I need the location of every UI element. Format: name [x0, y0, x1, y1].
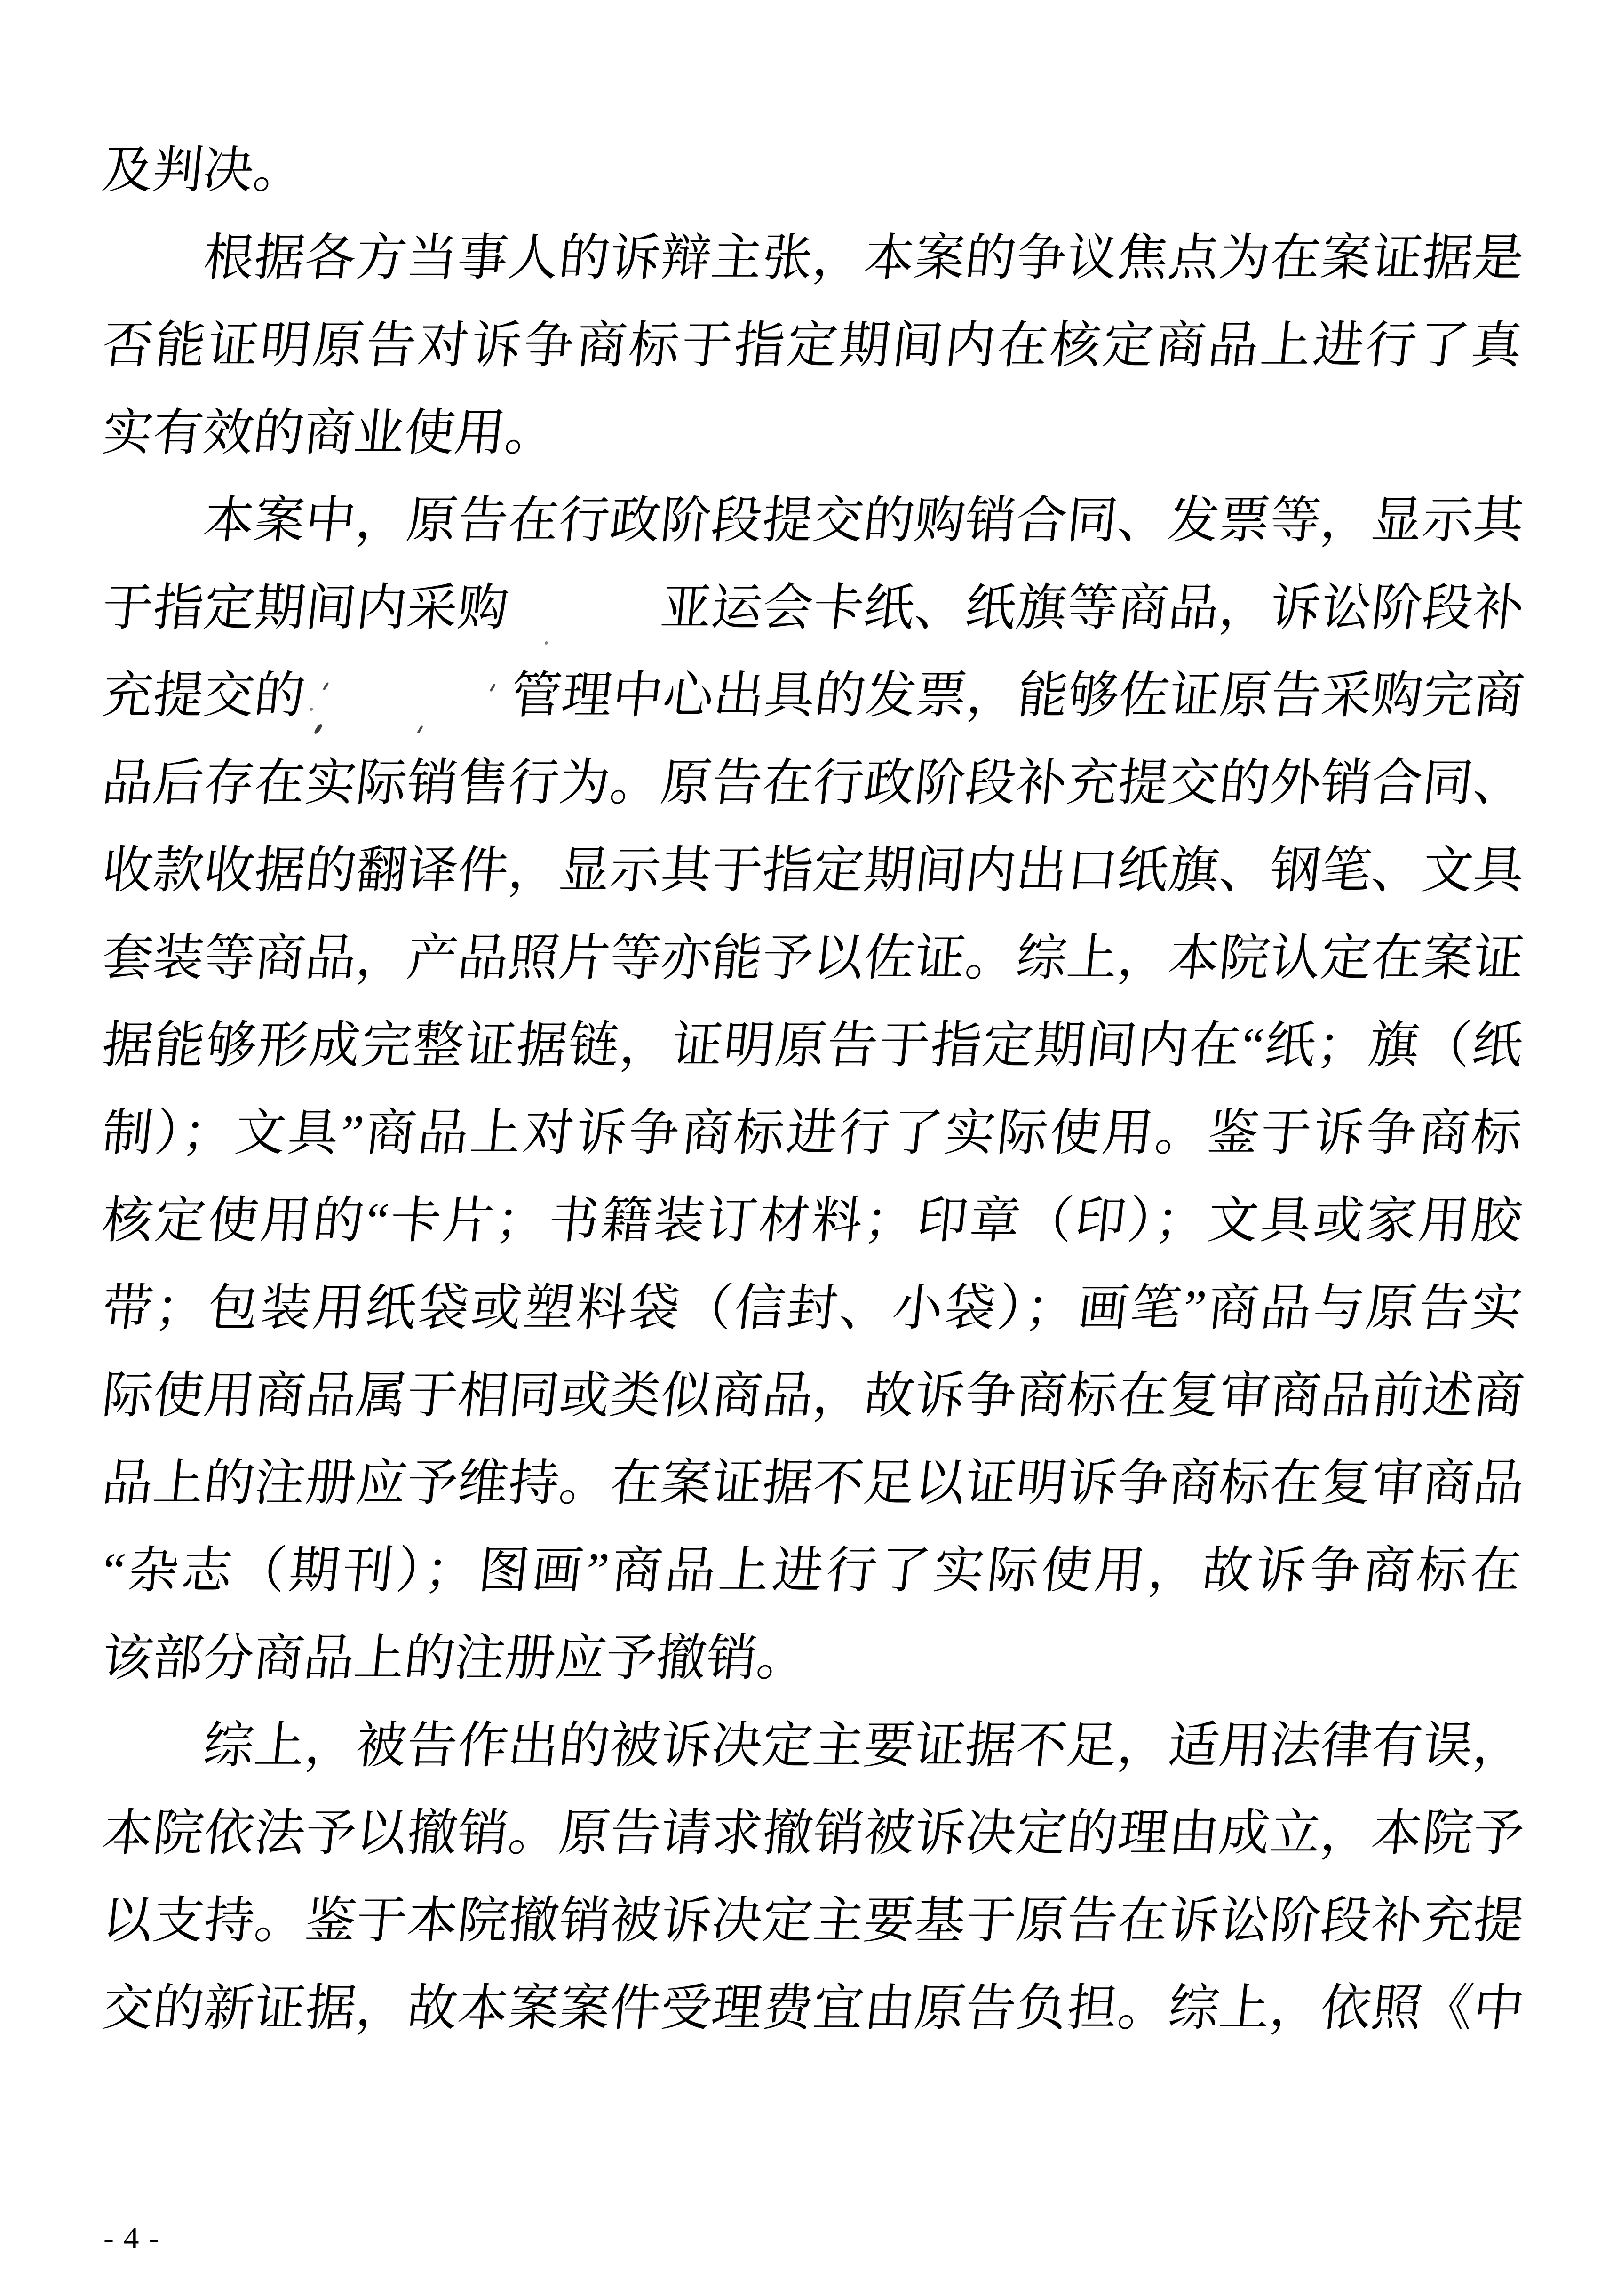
text-line: 收款收据的翻译件，显示其于指定期间内出口纸旗、钢笔、文具 [98, 827, 1529, 915]
redaction-artifact [323, 682, 329, 690]
text-segment: 于指定期间内采购 [100, 581, 512, 636]
redacted-gap [302, 672, 514, 723]
redacted-gap [506, 585, 663, 635]
text-segment: 亚运会卡纸、纸旗等商品，诉讼阶段补 [658, 581, 1527, 636]
redaction-artifact [490, 683, 496, 691]
text-line: 套装等商品，产品照片等亦能予以佐证。综上，本院认定在案证 [98, 915, 1529, 1002]
redaction-artifact [314, 723, 323, 735]
text-line: 品上的注册应予维持。在案证据不足以证明诉争商标在复审商品 [98, 1440, 1529, 1527]
text-line: 带；包装用纸袋或塑料袋（信封、小袋）；画笔”商品与原告实 [98, 1265, 1529, 1352]
text-line: 际使用商品属于相同或类似商品，故诉争商标在复审商品前述商 [98, 1352, 1529, 1440]
text-line: 品后存在实际销售行为。原告在行政阶段补充提交的外销合同、 [98, 740, 1529, 827]
text-line: 充提交的管理中心出具的发票，能够佐证原告采购完商 [98, 652, 1529, 740]
redaction-artifact [545, 641, 548, 645]
text-segment: 充提交的 [100, 668, 308, 724]
document-body: 及判决。根据各方当事人的诉辩主张，本案的争议焦点为在案证据是否能证明原告对诉争商… [103, 127, 1524, 2052]
text-line: 该部分商品上的注册应予撤销。 [98, 1615, 1529, 1702]
text-line: 据能够形成完整证据链，证明原告于指定期间内在“纸；旗（纸 [98, 1002, 1529, 1090]
redaction-artifact [417, 725, 423, 733]
page: 及判决。根据各方当事人的诉辩主张，本案的争议焦点为在案证据是否能证明原告对诉争商… [0, 0, 1621, 2296]
text-line: 以支持。鉴于本院撤销被诉决定主要基于原告在诉讼阶段补充提 [98, 1877, 1529, 1965]
text-line: 本院依法予以撤销。原告请求撤销被诉决定的理由成立，本院予 [98, 1790, 1529, 1877]
text-segment: 管理中心出具的发票，能够佐证原告采购完商 [508, 668, 1527, 724]
redaction-artifact [310, 708, 313, 711]
text-line: 制）；文具”商品上对诉争商标进行了实际使用。鉴于诉争商标 [98, 1090, 1529, 1177]
text-line: 本案中，原告在行政阶段提交的购销合同、发票等，显示其 [98, 477, 1529, 565]
text-line: 于指定期间内采购亚运会卡纸、纸旗等商品，诉讼阶段补 [98, 565, 1529, 652]
text-line: 交的新证据，故本案案件受理费宜由原告负担。综上，依照《中 [98, 1965, 1529, 2052]
text-line: 及判决。 [98, 127, 1529, 215]
text-line: 实有效的商业使用。 [98, 390, 1529, 477]
text-line: 根据各方当事人的诉辩主张，本案的争议焦点为在案证据是 [98, 215, 1529, 302]
text-line: “杂志（期刊）；图画”商品上进行了实际使用，故诉争商标在 [98, 1527, 1529, 1615]
text-line: 核定使用的“卡片；书籍装订材料；印章（印）；文具或家用胶 [98, 1177, 1529, 1265]
text-line: 综上，被告作出的被诉决定主要证据不足，适用法律有误， [98, 1702, 1529, 1790]
text-line: 否能证明原告对诉争商标于指定期间内在核定商品上进行了真 [98, 302, 1529, 390]
page-number: - 4 - [103, 2223, 160, 2254]
